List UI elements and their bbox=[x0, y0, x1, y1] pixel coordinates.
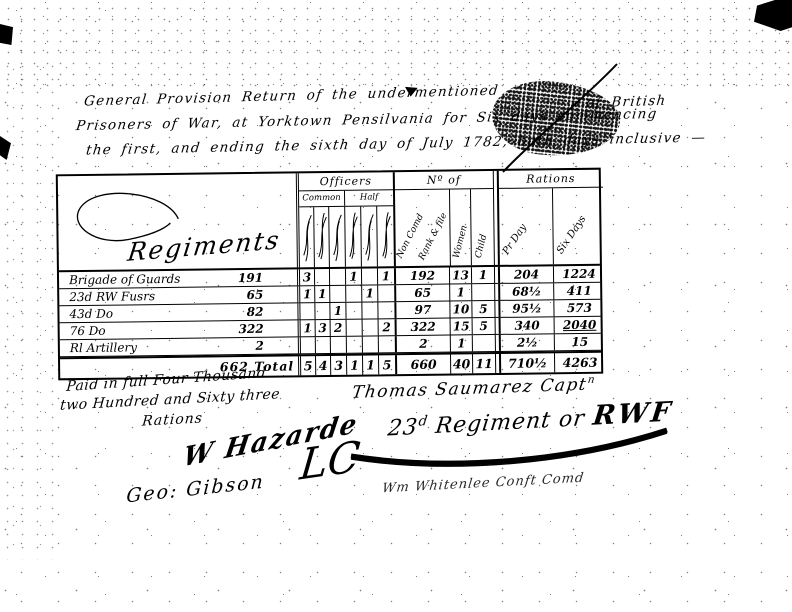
child-header-cell: Child bbox=[471, 189, 493, 265]
rotated-label-scrawl bbox=[361, 206, 378, 266]
saumarez-rank-sup: n bbox=[587, 374, 597, 386]
received-note-line3: Rations bbox=[141, 410, 203, 429]
officers-cell: 2 bbox=[379, 319, 395, 335]
child-cell: 5 bbox=[472, 301, 494, 317]
officers-cell bbox=[331, 337, 347, 353]
saumarez-name: Thomas Saumarez Capt bbox=[351, 375, 589, 403]
child-label: Child bbox=[474, 233, 490, 259]
rotated-label-scrawl bbox=[377, 206, 394, 266]
child-total-cell: 11 bbox=[473, 354, 495, 373]
six-days-label: Six Days bbox=[555, 214, 589, 256]
regiment-count: 322 bbox=[239, 321, 264, 337]
rations-day-cell: 204 bbox=[500, 266, 554, 283]
provision-return-table: Regiments Officers Common Half Nº bbox=[56, 168, 603, 381]
officers-cell: 1 bbox=[378, 268, 394, 284]
officers-cell bbox=[301, 337, 316, 353]
number-of-group: Nº of Non Comd Rank & file Women Child bbox=[393, 171, 494, 266]
women-cell: 15 bbox=[451, 318, 473, 334]
regiment-name-cell: 76 Do 322 bbox=[60, 320, 301, 339]
officers-cell: 1 bbox=[300, 286, 315, 302]
officers-total-cell: 1 bbox=[363, 355, 379, 374]
officers-total-cell: 5 bbox=[379, 355, 395, 374]
child-cell bbox=[472, 284, 494, 300]
officers-cell: 1 bbox=[315, 286, 330, 302]
officers-cell: 3 bbox=[316, 320, 331, 336]
rank-file-total-cell: 660 bbox=[395, 355, 451, 375]
officers-cell bbox=[347, 320, 363, 336]
rotated-label-scrawl bbox=[299, 207, 315, 267]
signature-saumarez: Thomas Saumarez Captn bbox=[351, 374, 597, 403]
rank-file-cell: 97 bbox=[394, 302, 450, 319]
officers-total-cell: 1 bbox=[347, 356, 363, 375]
officers-cell: 3 bbox=[300, 269, 315, 285]
women-cell: 13 bbox=[450, 267, 472, 283]
rations-six-days-total-cell: 4263 bbox=[555, 353, 605, 373]
officers-total-cell: 4 bbox=[316, 356, 331, 375]
rations-six-days-header-cell: Six Days bbox=[553, 188, 604, 265]
regiment-name: Rl Artillery bbox=[70, 339, 137, 356]
scan-artifact-top-left bbox=[0, 24, 13, 45]
officers-label: Officers bbox=[299, 172, 393, 191]
officers-cell bbox=[378, 302, 394, 318]
regiment-count: 82 bbox=[247, 304, 264, 320]
common-label: Common bbox=[299, 191, 345, 207]
women-header-cell: Women bbox=[450, 189, 473, 265]
signature-whitenlee: Wm Whitenlee Conft Comd bbox=[381, 471, 585, 497]
regiment-name: Brigade of Guards bbox=[69, 271, 181, 288]
scan-noise-top bbox=[0, 0, 792, 90]
officers-cell bbox=[346, 303, 362, 319]
officers-cell: 2 bbox=[331, 320, 347, 336]
rations-six-days-cell: 15 bbox=[555, 334, 605, 351]
regiment-count: 2 bbox=[255, 338, 264, 354]
officers-cell bbox=[315, 303, 330, 319]
rations-six-days-cell: 573 bbox=[554, 300, 604, 317]
women-cell: 10 bbox=[450, 301, 472, 317]
officers-cell bbox=[300, 303, 315, 319]
regiment-name: 23d RW Fusrs bbox=[69, 288, 155, 305]
rank-file-cell: 2 bbox=[395, 336, 451, 353]
child-cell: 5 bbox=[473, 318, 495, 334]
regiment-name: 43d Do bbox=[69, 306, 113, 323]
child-cell bbox=[473, 335, 495, 351]
per-day-label: Pr Day bbox=[501, 222, 529, 257]
rations-day-cell: 340 bbox=[501, 317, 555, 334]
officers-cell: 1 bbox=[362, 285, 378, 301]
regiment-count: 65 bbox=[246, 287, 263, 303]
regiment-name-cell: Brigade of Guards 191 bbox=[59, 269, 300, 288]
rations-group: Rations Pr Day Six Days bbox=[499, 170, 604, 265]
no-of-label: Nº of bbox=[395, 171, 493, 190]
officers-cell bbox=[362, 268, 378, 284]
rations-day-cell: 95½ bbox=[500, 300, 554, 317]
women-total-cell: 40 bbox=[451, 354, 473, 373]
rations-six-days-cell: 411 bbox=[554, 283, 604, 300]
regiment-name: 76 Do bbox=[70, 323, 106, 339]
officers-cell bbox=[346, 286, 362, 302]
women-cell: 1 bbox=[450, 284, 472, 300]
signature-swash bbox=[345, 420, 675, 468]
officers-cell: 1 bbox=[346, 269, 362, 285]
regiment-name-cell: Rl Artillery 2 bbox=[60, 337, 301, 356]
officers-cell bbox=[362, 302, 378, 318]
rank-file-cell: 322 bbox=[395, 319, 451, 336]
rations-day-total-cell: 710½ bbox=[501, 353, 555, 373]
women-cell: 1 bbox=[451, 335, 473, 351]
rations-label: Rations bbox=[499, 170, 603, 189]
half-label: Half bbox=[345, 190, 393, 206]
officers-total-cell: 5 bbox=[301, 356, 316, 375]
rations-six-days-cell: 1224 bbox=[554, 266, 604, 283]
rations-per-day-header-cell: Pr Day bbox=[499, 188, 554, 265]
rations-day-cell: 2½ bbox=[501, 334, 555, 351]
scanned-document-page: General Provision Return of the undermen… bbox=[0, 0, 792, 612]
women-label: Women bbox=[452, 224, 470, 259]
regiment-name-cell: 23d RW Fusrs 65 bbox=[59, 286, 300, 305]
rotated-label-scrawl bbox=[345, 207, 362, 267]
officers-cell bbox=[330, 286, 346, 302]
rotated-label-scrawl bbox=[329, 207, 346, 267]
regiment-name-cell: 43d Do 82 bbox=[59, 303, 300, 322]
officers-cell: 1 bbox=[330, 303, 346, 319]
officers-cell bbox=[330, 269, 346, 285]
child-cell: 1 bbox=[472, 267, 494, 283]
rotated-label-scrawl bbox=[314, 207, 330, 267]
officers-cell bbox=[347, 337, 363, 353]
officers-cell bbox=[363, 319, 379, 335]
officers-cell bbox=[378, 285, 394, 301]
scan-artifact-top-right bbox=[754, 0, 792, 31]
title-line1-start: General Provision Return of the undermen… bbox=[83, 83, 500, 110]
rations-day-cell: 68½ bbox=[500, 283, 554, 300]
regiments-header-cell: Regiments bbox=[58, 173, 300, 270]
officers-subheader: Common Half bbox=[299, 190, 393, 207]
rations-six-days-cell: 2040 bbox=[555, 317, 605, 334]
officers-total-cell: 3 bbox=[331, 356, 347, 375]
table-header: Regiments Officers Common Half Nº bbox=[58, 170, 600, 273]
title-line1-end: of British bbox=[585, 93, 667, 112]
officers-cell bbox=[316, 337, 331, 353]
officers-cell: 1 bbox=[301, 320, 316, 336]
rank-file-header-cell: Non Comd Rank & file bbox=[395, 190, 451, 267]
scan-artifact-left-edge bbox=[0, 136, 11, 160]
regiment-count: 191 bbox=[238, 270, 263, 286]
officers-cell bbox=[315, 269, 330, 285]
officer-column-labels bbox=[299, 206, 394, 267]
officers-group: Officers Common Half bbox=[299, 172, 394, 267]
rank-file-cell: 192 bbox=[394, 268, 450, 285]
officers-cell bbox=[363, 336, 379, 352]
rank-file-cell: 65 bbox=[394, 285, 450, 302]
scan-noise-left bbox=[0, 60, 55, 560]
signature-gibson: Geo: Gibson bbox=[126, 471, 266, 508]
officers-cell bbox=[379, 336, 395, 352]
